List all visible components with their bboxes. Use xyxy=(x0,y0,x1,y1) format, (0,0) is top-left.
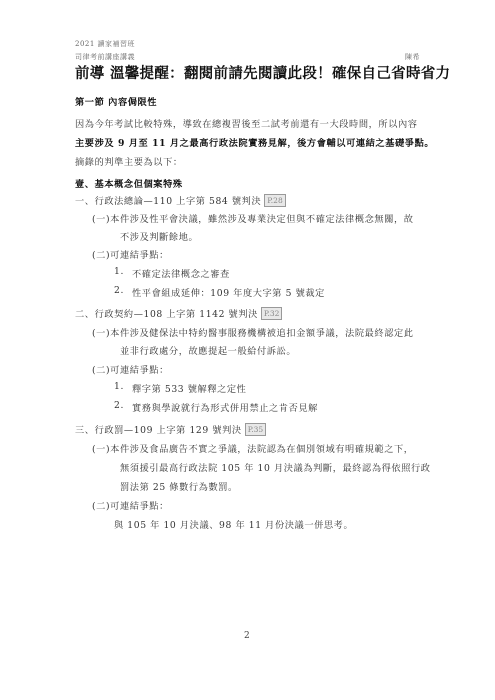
link-text: 不確定法律概念之審查 xyxy=(132,266,230,280)
case-title-text: 一、行政法總論—110 上字第 584 號判決 xyxy=(75,196,261,207)
case-title-1: 一、行政法總論—110 上字第 584 號判決P.28 xyxy=(75,193,286,207)
case-summary-line: 並非行政處分，故應提起一般給付訴訟。 xyxy=(120,343,296,357)
link-label: (二)可連結爭點： xyxy=(92,247,169,261)
case-title-text: 三、行政罰—109 上字第 129 號判決 xyxy=(75,425,242,436)
part-heading: 壹、基本概念但個案特殊 xyxy=(75,176,183,190)
link-text: 釋字第 533 號解釋之定性 xyxy=(132,381,246,395)
case-summary-line: (一)本件涉及食品廣告不實之爭議，法院認為在個別領域有明確規範之下， xyxy=(92,441,414,455)
case-title-3: 三、行政罰—109 上字第 129 號判決P.35 xyxy=(75,422,266,436)
case-summary-line: 無須援引最高行政法院 105 年 10 月決議為判斷，最終認為得依照行政 xyxy=(120,460,431,474)
case-summary-line: 不涉及判斷餘地。 xyxy=(120,229,198,243)
page-title: 前導 溫馨提醒：翻閱前請先閱讀此段！確保自己省時省力 xyxy=(75,62,450,83)
link-num: 1. xyxy=(114,266,124,277)
intro-line-1: 因為今年考試比較特殊，導致在總複習後至二試考前還有一大段時間，所以內容 xyxy=(75,116,418,130)
case-summary-line: 罰法第 25 條數行為數罰。 xyxy=(120,479,238,493)
link-num: 2. xyxy=(114,285,124,296)
intro-line-3: 摘錄的判準主要為以下： xyxy=(75,154,183,168)
document-page: 2021 讀家補習班 司律考前講座講義 陳希 前導 溫馨提醒：翻閱前請先閱讀此段… xyxy=(0,0,495,700)
link-label: (二)可連結爭點： xyxy=(92,362,169,376)
case-summary-line: (一)本件涉及健保法中特約醫事服務機構被追扣金額爭議，法院最終認定此 xyxy=(92,325,414,339)
link-text: 性平會組成延伸：109 年度大字第 5 號裁定 xyxy=(132,285,325,299)
page-ref-badge[interactable]: P.28 xyxy=(264,194,285,207)
page-ref-badge[interactable]: P.35 xyxy=(245,423,266,436)
case-title-2: 二、行政契約—108 上字第 1142 號判決P.32 xyxy=(75,306,282,320)
link-num: 2. xyxy=(114,400,124,411)
link-text: 實務與學說就行為形式併用禁止之肯否見解 xyxy=(132,400,318,414)
link-label: (二)可連結爭點： xyxy=(92,498,169,512)
page-number: 2 xyxy=(244,631,250,641)
intro-line-2: 主要涉及 9 月至 11 月之最高行政法院實務見解，後方會輔以可連結之基礎爭點。 xyxy=(75,135,434,149)
page-ref-badge[interactable]: P.32 xyxy=(261,307,282,320)
section-heading: 第一節 內容侷限性 xyxy=(75,94,157,108)
link-num: 1. xyxy=(114,381,124,392)
header-author: 陳希 xyxy=(405,52,420,62)
header-school: 2021 讀家補習班 xyxy=(75,39,135,49)
header-course: 司律考前講座講義 xyxy=(75,52,135,62)
case-title-text: 二、行政契約—108 上字第 1142 號判決 xyxy=(75,309,258,320)
case-summary-line: (一)本件涉及性平會決議，雖然涉及專業決定但與不確定法律概念無關，故 xyxy=(92,211,414,225)
link-text: 與 105 年 10 月決議、98 年 11 月份決議一併思考。 xyxy=(114,517,353,531)
